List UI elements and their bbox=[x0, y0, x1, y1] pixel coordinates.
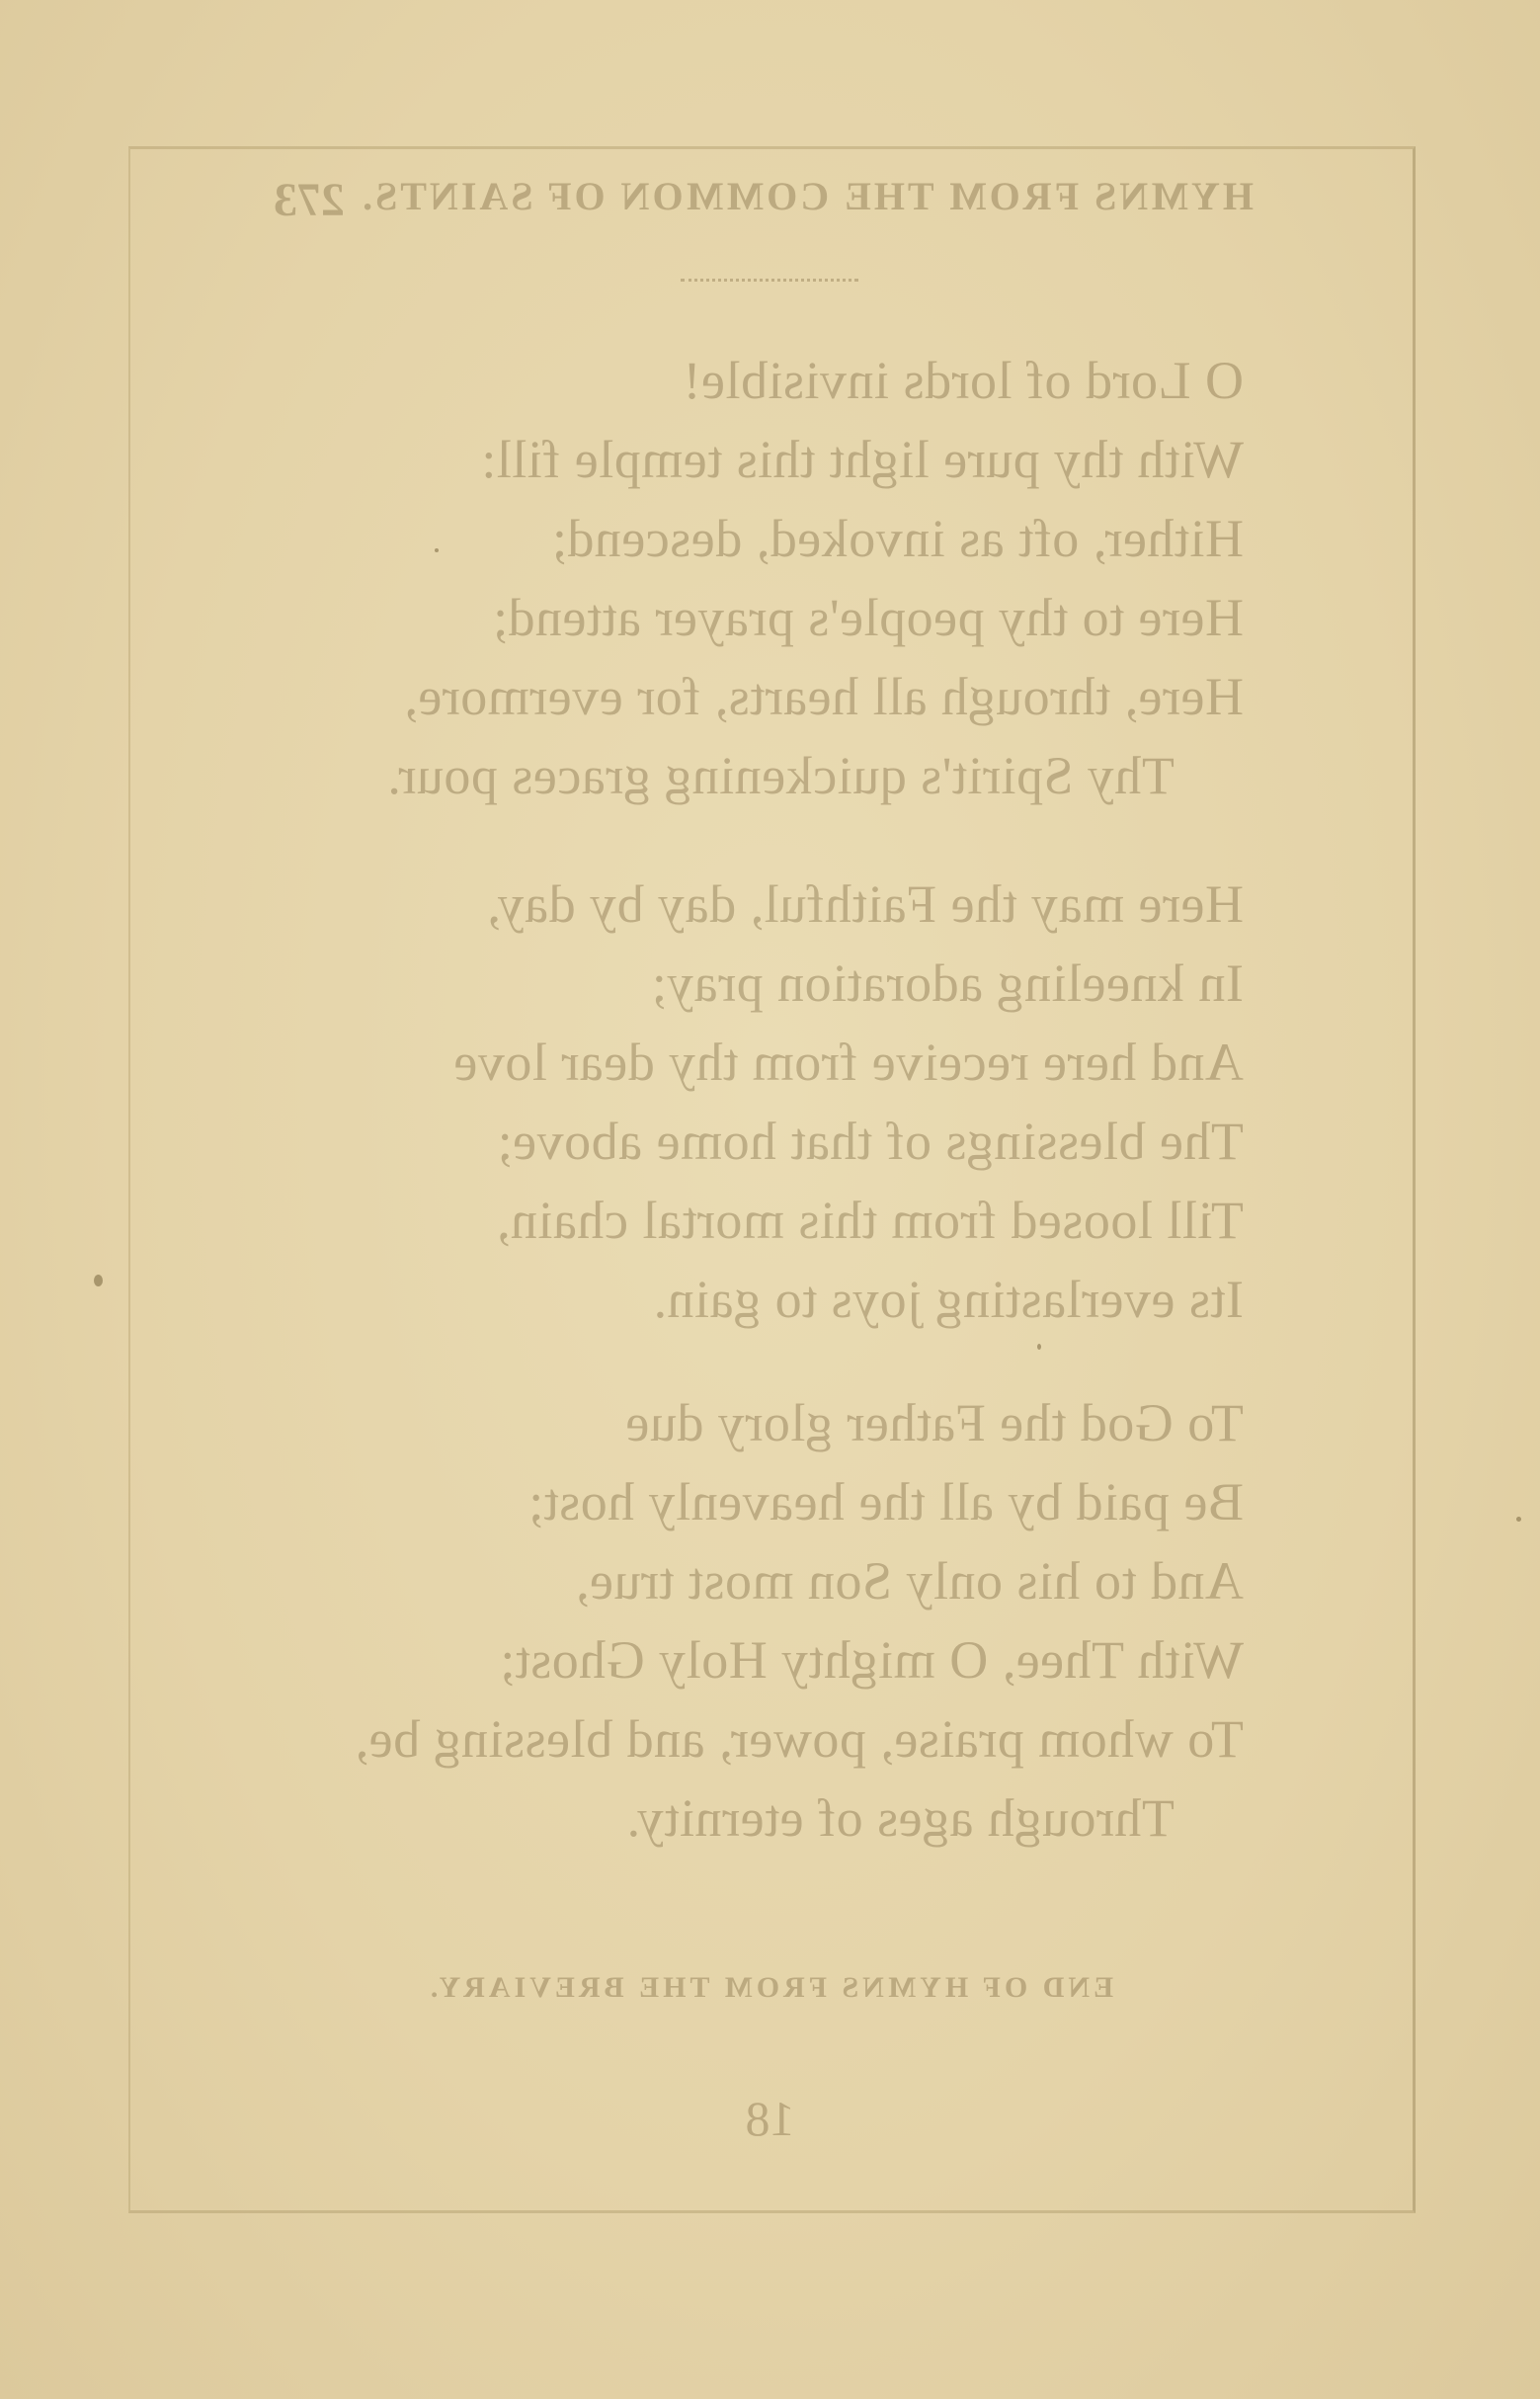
verse-line: With thy pure light this temple fill: bbox=[295, 420, 1244, 499]
stanza-3: To God the Father glory due Be paid by a… bbox=[295, 1383, 1244, 1858]
header-ornament-rule bbox=[681, 279, 858, 291]
paper-speck bbox=[435, 548, 439, 552]
verse-line: Through ages of eternity. bbox=[295, 1779, 1244, 1858]
paper-speck bbox=[1037, 1344, 1041, 1350]
verse-line: With Thee, O mighty Holy Ghost; bbox=[295, 1620, 1244, 1699]
verse-line: Its everlasting joys to gain. bbox=[295, 1260, 1244, 1339]
verse-line: To God the Father glory due bbox=[295, 1383, 1244, 1462]
running-title: HYMNS FROM THE COMMON OF SAINTS. bbox=[360, 173, 1254, 219]
verse-line: Here, through all hearts, for evermore, bbox=[295, 657, 1244, 736]
verse-line: And to his only Son most true, bbox=[295, 1541, 1244, 1620]
verse-line: And here receive from thy dear love bbox=[295, 1023, 1244, 1102]
page-number: 273 bbox=[274, 173, 345, 227]
verse-line: Thy Spirit's quickening graces pour. bbox=[295, 736, 1244, 815]
verse-line: Be paid by all the heavenly host; bbox=[295, 1462, 1244, 1541]
verse-line: Here may the Faithful, day by day, bbox=[295, 865, 1244, 944]
signature-mark: 18 bbox=[0, 2090, 1540, 2147]
bleed-through-text: HYMNS FROM THE COMMON OF SAINTS. 273 O L… bbox=[0, 0, 1540, 2399]
stanza-2: Here may the Faithful, day by day, In kn… bbox=[295, 865, 1244, 1339]
verse-line: In kneeling adoration pray; bbox=[295, 944, 1244, 1023]
paper-speck bbox=[1516, 1517, 1521, 1522]
end-note: END OF HYMNS FROM THE BREVIARY. bbox=[0, 1971, 1540, 2005]
stanza-1: O Lord of lords invisible! With thy pure… bbox=[295, 341, 1244, 815]
paper-speck bbox=[94, 1275, 103, 1286]
running-header: HYMNS FROM THE COMMON OF SAINTS. 273 bbox=[0, 173, 1540, 232]
verse-line: O Lord of lords invisible! bbox=[295, 341, 1244, 420]
verse-line: Till loosed from this mortal chain, bbox=[295, 1181, 1244, 1260]
verse-line: To whom praise, power, and blessing be, bbox=[295, 1699, 1244, 1779]
verse-line: Hither, oft as invoked, descend; bbox=[295, 499, 1244, 578]
verse-line: Here to thy people's prayer attend; bbox=[295, 578, 1244, 657]
verse-line: The blessings of that home above; bbox=[295, 1102, 1244, 1181]
